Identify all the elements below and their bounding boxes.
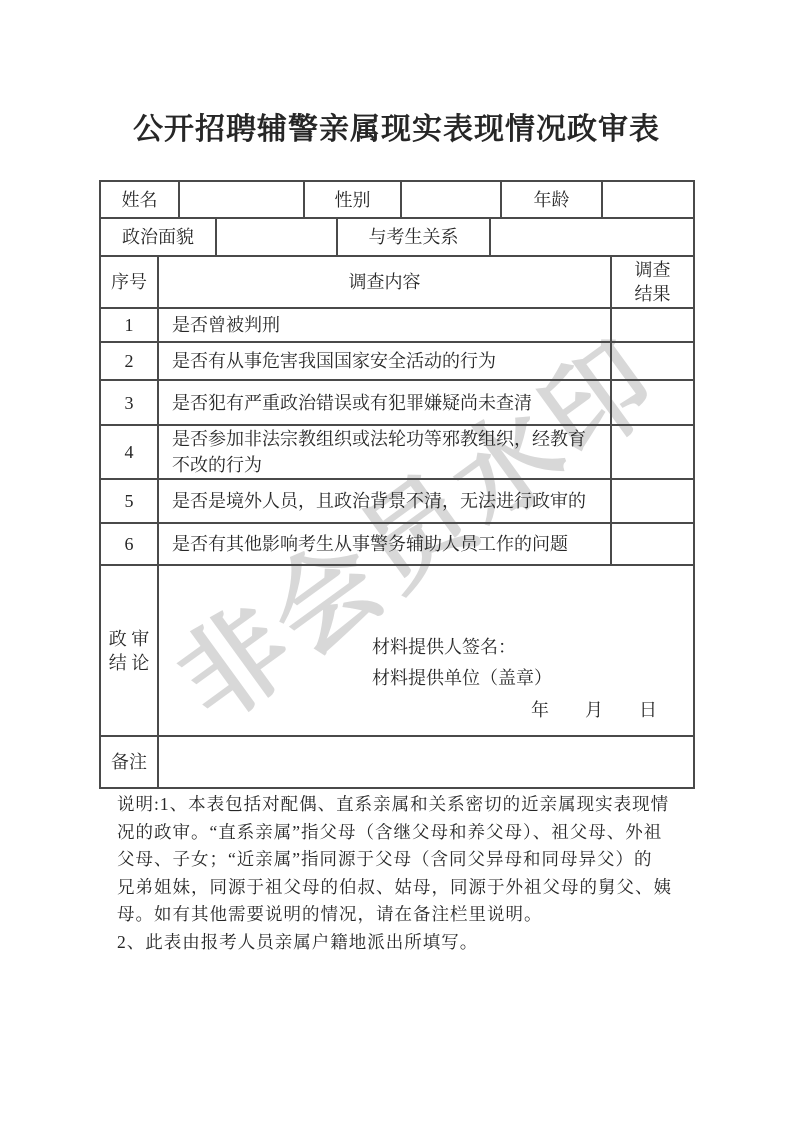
item-row-1: 1 是否曾被判刑 <box>101 309 695 343</box>
item-content: 是否有其他影响考生从事警务辅助人员工作的问题 <box>159 524 612 566</box>
item-content: 是否有从事危害我国国家安全活动的行为 <box>159 343 612 381</box>
political-status-value-cell <box>217 219 338 257</box>
note-line: 况的政审。“直系亲属”指父母（含继父母和养父母）、祖父母、外祖 <box>117 819 693 847</box>
note-line: 说明:1、本表包括对配偶、直系亲属和关系密切的近亲属现实表现情 <box>117 791 693 819</box>
age-label: 年龄 <box>502 182 603 219</box>
item-result-cell <box>612 381 695 426</box>
review-form-table: 姓名 性别 年龄 政治面貌 与考生关系 序号 调查内容 调查 结果 1 是否曾 <box>99 180 695 789</box>
item-row-2: 2 是否有从事危害我国国家安全活动的行为 <box>101 343 695 381</box>
notes: 说明:1、本表包括对配偶、直系亲属和关系密切的近亲属现实表现情 况的政审。“直系… <box>117 791 693 957</box>
page-title: 公开招聘辅警亲属现实表现情况政审表 <box>0 104 793 148</box>
col-header-result-line2: 结果 <box>635 282 671 306</box>
gender-value-cell <box>402 182 502 219</box>
row-name-gender-age: 姓名 性别 年龄 <box>101 182 695 219</box>
column-header-row: 序号 调查内容 调查 结果 <box>101 257 695 309</box>
item-no: 2 <box>101 343 159 381</box>
item-content: 是否曾被判刑 <box>159 309 612 343</box>
col-header-content: 调查内容 <box>159 257 612 309</box>
conclusion-label: 政 审 结 论 <box>101 566 159 737</box>
item-content: 是否参加非法宗教组织或法轮功等邪教组织，经教育不改的行为 <box>159 426 612 480</box>
gender-label: 性别 <box>305 182 402 219</box>
item-result-cell <box>612 524 695 566</box>
item-row-4: 4 是否参加非法宗教组织或法轮功等邪教组织，经教育不改的行为 <box>101 426 695 480</box>
conclusion-label-line1: 政 审 <box>109 627 150 651</box>
name-value-cell <box>180 182 305 219</box>
item-result-cell <box>612 426 695 480</box>
political-status-label: 政治面貌 <box>101 219 217 257</box>
item-no: 1 <box>101 309 159 343</box>
item-result-cell <box>612 343 695 381</box>
conclusion-row: 政 审 结 论 材料提供人签名： 材料提供单位（盖章） 年 月 日 <box>101 566 695 737</box>
item-result-cell <box>612 480 695 524</box>
conclusion-content-cell: 材料提供人签名： 材料提供单位（盖章） 年 月 日 <box>159 566 695 737</box>
relation-label: 与考生关系 <box>338 219 491 257</box>
relation-value-cell <box>491 219 695 257</box>
item-row-3: 3 是否犯有严重政治错误或有犯罪嫌疑尚未查清 <box>101 381 695 426</box>
col-header-result-line1: 调查 <box>635 258 671 282</box>
conclusion-signature-block: 材料提供人签名： 材料提供单位（盖章） 年 月 日 <box>159 632 693 723</box>
row-political-relation: 政治面貌 与考生关系 <box>101 219 695 257</box>
date-line: 年 月 日 <box>159 697 693 723</box>
item-no: 6 <box>101 524 159 566</box>
note-line: 兄弟姐妹，同源于祖父母的伯叔、姑母，同源于外祖父母的舅父、姨 <box>117 874 693 902</box>
item-no: 5 <box>101 480 159 524</box>
item-no: 4 <box>101 426 159 480</box>
col-header-no: 序号 <box>101 257 159 309</box>
name-label: 姓名 <box>101 182 180 219</box>
item-row-5: 5 是否是境外人员，且政治背景不清，无法进行政审的 <box>101 480 695 524</box>
item-no: 3 <box>101 381 159 426</box>
signer-label: 材料提供人签名： <box>372 632 693 663</box>
note-line: 2、此表由报考人员亲属户籍地派出所填写。 <box>117 929 693 957</box>
item-content: 是否犯有严重政治错误或有犯罪嫌疑尚未查清 <box>159 381 612 426</box>
remark-label: 备注 <box>101 737 159 789</box>
age-value-cell <box>603 182 695 219</box>
item-row-6: 6 是否有其他影响考生从事警务辅助人员工作的问题 <box>101 524 695 566</box>
unit-seal-label: 材料提供单位（盖章） <box>372 663 693 694</box>
remark-value-cell <box>159 737 695 789</box>
note-line: 母。如有其他需要说明的情况，请在备注栏里说明。 <box>117 901 693 929</box>
remark-row: 备注 <box>101 737 695 789</box>
col-header-result: 调查 结果 <box>612 257 695 309</box>
note-line: 父母、子女；“近亲属”指同源于父母（含同父异母和同母异父）的 <box>117 846 693 874</box>
item-content: 是否是境外人员，且政治背景不清，无法进行政审的 <box>159 480 612 524</box>
item-result-cell <box>612 309 695 343</box>
conclusion-label-line2: 结 论 <box>109 651 150 675</box>
document-page: 非会员水印 公开招聘辅警亲属现实表现情况政审表 姓名 性别 年龄 政治面貌 与考… <box>0 0 793 1122</box>
